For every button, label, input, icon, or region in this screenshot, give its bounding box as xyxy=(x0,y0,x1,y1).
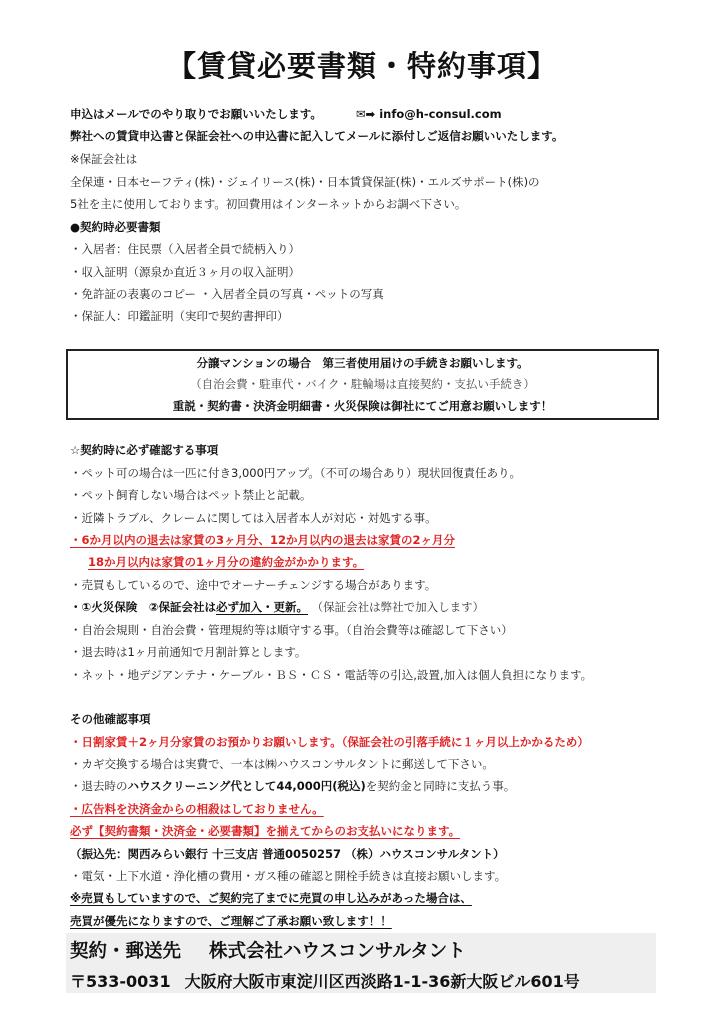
ad-fee-note: ・広告料を決済金からの相殺はしておりません。 xyxy=(70,801,324,817)
confirm-item: ・ペット可の場合は一匹に付き3,000円アップ。（不可の場合あり）現状回復責任あ… xyxy=(70,465,521,481)
intro-line-4: 全保連・日本セーフティ(株)・ジェイリース(株)・日本賃貸保証(株)・エルズサポ… xyxy=(70,174,540,190)
page-title: 【賃貸必要書類・特約事項】 xyxy=(0,44,724,85)
required-doc-item: ・免許証の表裏のコピー ・入居者全員の写真・ペットの写真 xyxy=(70,286,384,302)
other-item: ・電気・上下水道・浄化槽の費用・ガス種の確認と開栓手続きは直接お願いします。 xyxy=(70,868,506,884)
envelope-arrow-icon: ✉➡ xyxy=(356,107,375,121)
required-docs-heading: ●契約時必要書類 xyxy=(70,219,161,235)
notice-line-3: 重説・契約書・決済金明細書・火災保険は御社にてご用意お願いします！ xyxy=(68,398,657,414)
email-link[interactable]: info@h-consul.com xyxy=(379,107,501,121)
insurance-item: ・①火災保険 ②保証会社は必ず加入・更新。 （保証会社は弊社で加入します） xyxy=(70,599,484,615)
notice-box: 分譲マンションの場合 第三者使用届けの手続きお願いします。 （自治会費・駐車代・… xyxy=(66,349,659,420)
footer-company-line: 契約・郵送先株式会社ハウスコンサルタント xyxy=(70,937,466,963)
sale-priority-note-1: ※売買もしていますので、ご契約完了までに売買の申し込みがあった場合は、 xyxy=(70,890,472,906)
confirm-item: ・ネット・地デジアンテナ・ケーブル・ＢＳ・ＣＳ・電話等の引込,設置,加入は個人負… xyxy=(70,667,592,683)
bank-transfer-info: （振込先：関西みらい銀行 十三支店 普通0050257 （株）ハウスコンサルタン… xyxy=(70,846,505,862)
confirm-item: ・自治会規則・自治会費・管理規約等は順守する事。（自治会費等は確認して下さい） xyxy=(70,622,513,638)
apply-by-email-text: 申込はメールでのやり取りでお願いいたします。 xyxy=(70,107,322,121)
intro-line-1: 申込はメールでのやり取りでお願いいたします。 ✉➡ info@h-consul.… xyxy=(70,106,502,122)
notice-line-1: 分譲マンションの場合 第三者使用届けの手続きお願いします。 xyxy=(68,355,657,371)
address: 大阪府大阪市東淀川区西淡路1-1-36新大阪ビル601号 xyxy=(185,972,580,991)
other-heading: その他確認事項 xyxy=(70,711,151,727)
confirm-heading: ☆契約時に必ず確認する事項 xyxy=(70,442,218,458)
confirm-item: ・ペット飼育しない場合はペット禁止と記載。 xyxy=(70,487,312,503)
confirm-item: ・退去時は1ヶ月前通知で月割計算とします。 xyxy=(70,644,306,660)
insurance-underline: 必ず加入・更新。 xyxy=(216,600,308,614)
required-doc-item: ・収入証明（源泉か直近３ヶ月の収入証明） xyxy=(70,264,300,280)
footer-address-line: 〒533-0031大阪府大阪市東淀川区西淡路1-1-36新大阪ビル601号 xyxy=(70,969,580,992)
insurance-note: （保証会社は弊社で加入します） xyxy=(312,600,485,614)
cleaning-pre: ・退去時の xyxy=(70,779,128,793)
other-item-deposit: ・日割家賃＋2ヶ月分家賃のお預かりお願いします。（保証会社の引落手続に１ヶ月以上… xyxy=(70,734,589,750)
payment-condition-note: 必ず【契約書類・決済金・必要書類】を揃えてからのお支払いになります。 xyxy=(70,823,460,839)
cleaning-fee-item: ・退去時のハウスクリーニング代として44,000円(税込)を契約金と同時に支払う… xyxy=(70,778,515,794)
confirm-item: ・近隣トラブル、クレームに関しては入居者本人が対応・対処する事。 xyxy=(70,510,437,526)
notice-line-2: （自治会費・駐車代・バイク・駐輪場は直接契約・支払い手続き） xyxy=(68,376,657,392)
intro-line-5: 5社を主に使用しております。初回費用はインターネットからお調べ下さい。 xyxy=(70,196,466,212)
confirm-item: ・売買もしているので、途中でオーナーチェンジする場合があります。 xyxy=(70,577,436,593)
cleaning-post: を契約金と同時に支払う事。 xyxy=(366,779,516,793)
contact-footer: 契約・郵送先株式会社ハウスコンサルタント 〒533-0031大阪府大阪市東淀川区… xyxy=(66,933,656,993)
sale-priority-note-2: 売買が優先になりますので、ご理解ご了承お願い致します！！ xyxy=(70,913,392,929)
required-doc-item: ・入居者：住民票（入居者全員で続柄入り） xyxy=(70,241,300,257)
penalty-line-1: ・6か月以内の退去は家賃の3ヶ月分、12か月以内の退去は家賃の2ヶ月分 xyxy=(70,532,455,548)
penalty-line-2: 18か月以内は家賃の1ヶ月分の違約金がかかります。 xyxy=(88,554,364,570)
insurance-bold: ・①火災保険 ②保証会社は xyxy=(70,600,216,614)
footer-company: 株式会社ハウスコンサルタント xyxy=(209,941,466,962)
footer-label: 契約・郵送先 xyxy=(70,941,181,962)
postal-code: 〒533-0031 xyxy=(70,972,171,991)
cleaning-fee-bold: ハウスクリーニング代として44,000円(税込) xyxy=(128,779,366,793)
intro-line-3: ※保証会社は xyxy=(70,151,137,167)
required-doc-item: ・保証人：印鑑証明（実印で契約書押印） xyxy=(70,308,289,324)
other-item: ・カギ交換する場合は実費で、一本は㈱ハウスコンサルタントに郵送して下さい。 xyxy=(70,756,494,772)
intro-line-2: 弊社への賃貸申込書と保証会社への申込書に記入してメールに添付しご返信お願いいたし… xyxy=(70,128,563,144)
